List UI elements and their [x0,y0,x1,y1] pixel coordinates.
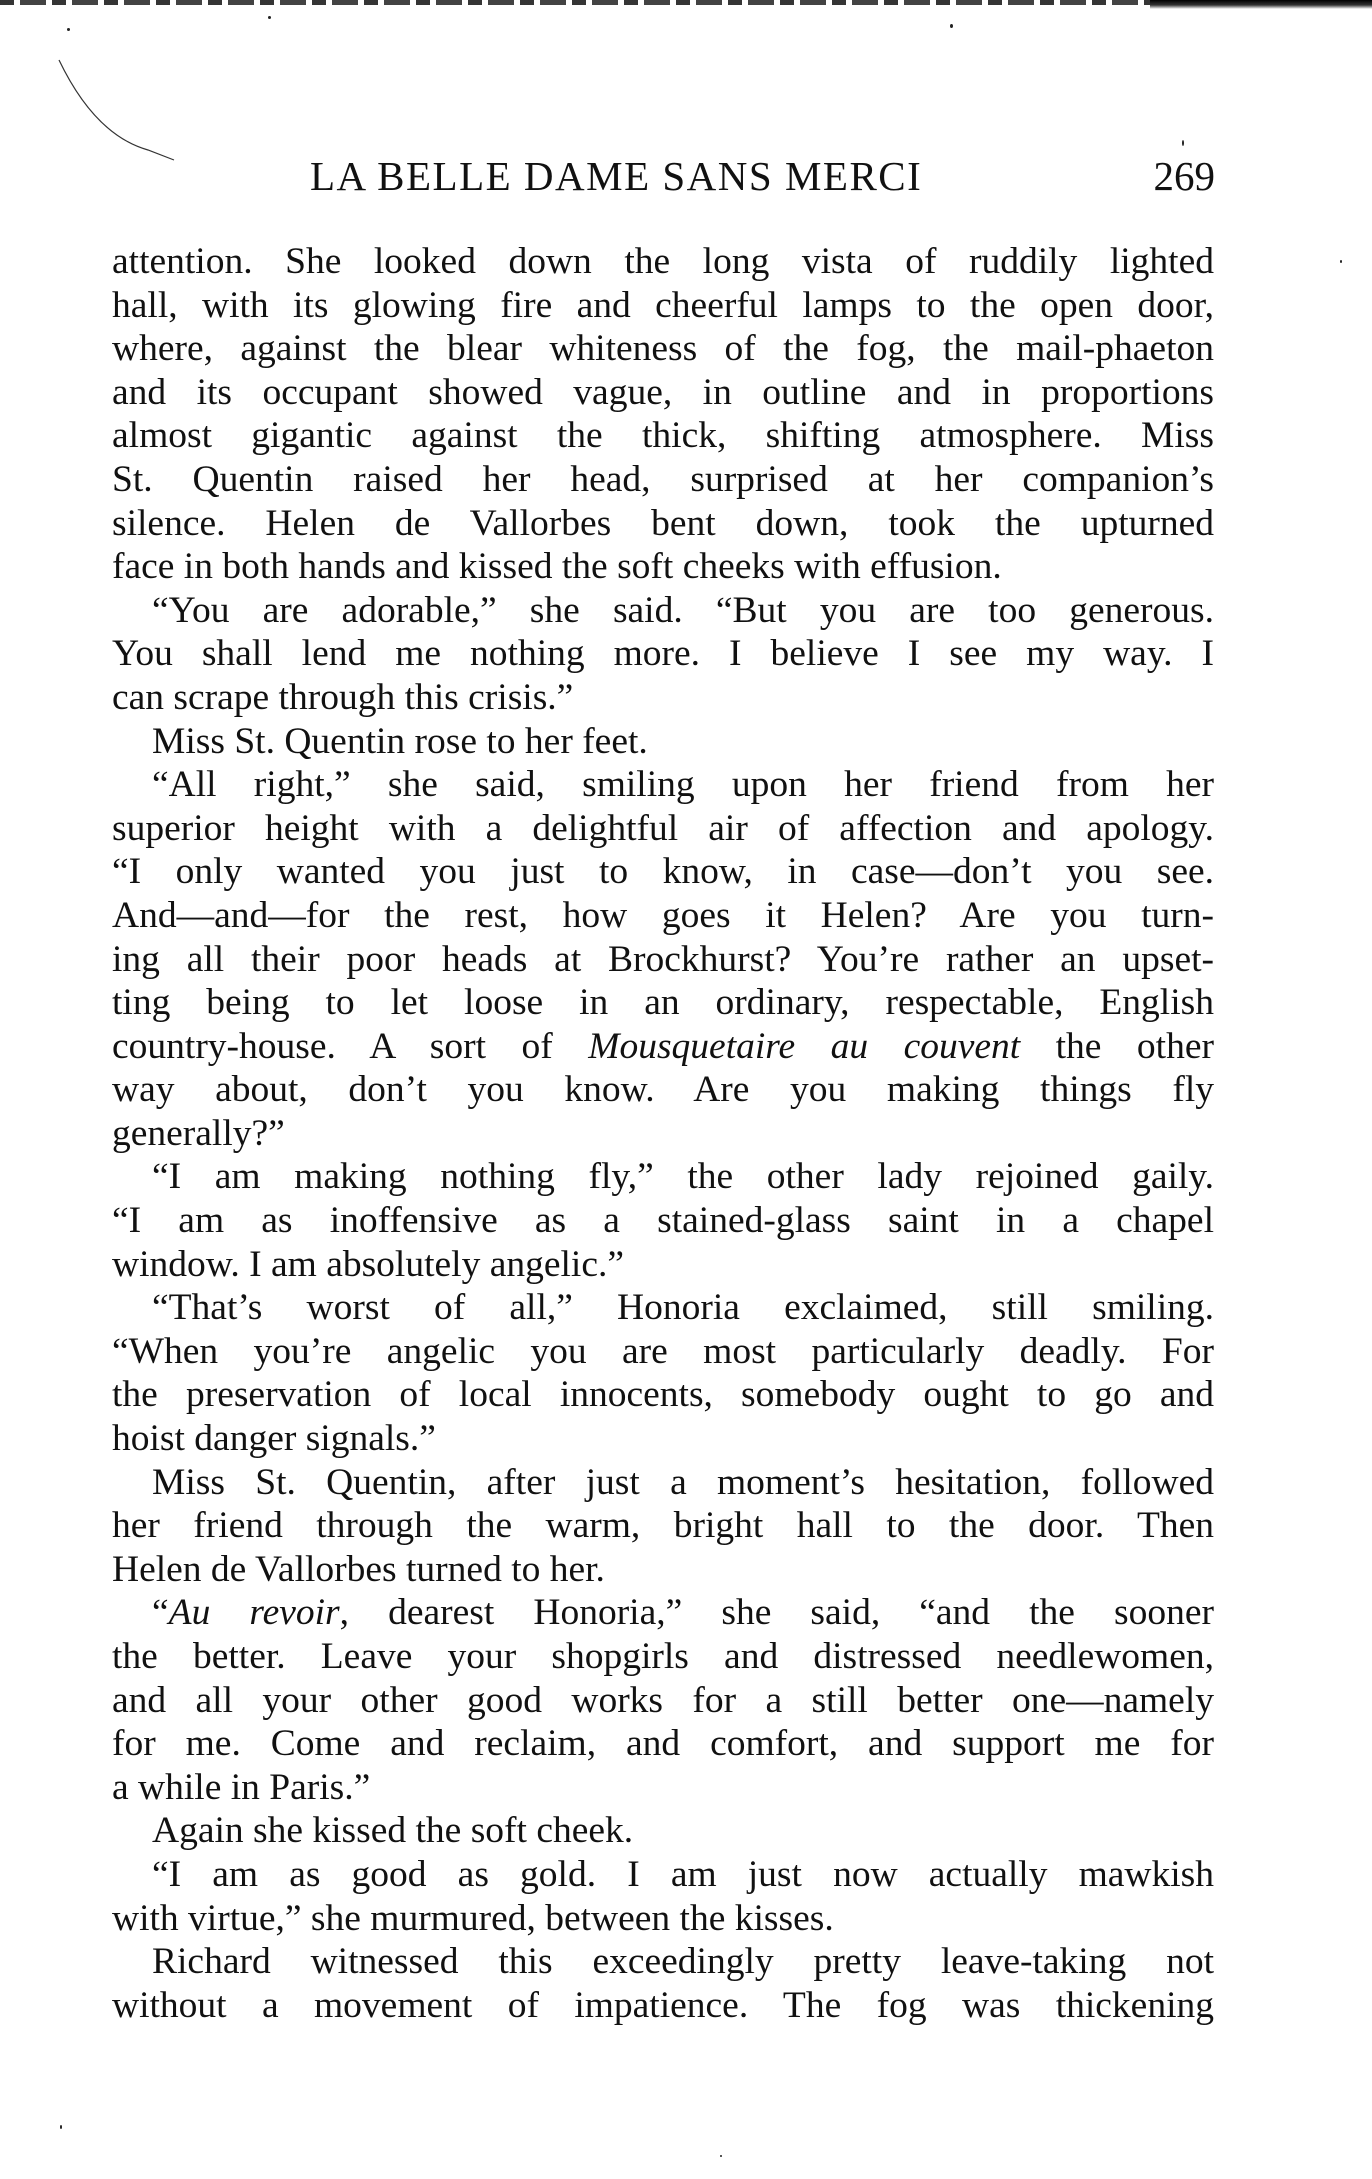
text-line: “I am making nothing fly,” the other lad… [112,1155,1214,1199]
text-line: the preservation of local innocents, som… [112,1373,1214,1417]
text-segment: “All right,” she said, smiling upon her … [152,764,1214,805]
text-segment: a while in Paris.” [112,1767,370,1808]
text-line: way about, don’t you know. Are you makin… [112,1068,1214,1112]
text-line: generally?” [112,1112,1214,1156]
italic-phrase: Mousquetaire au couvent [588,1026,1020,1067]
text-line: where, against the blear whiteness of th… [112,327,1214,371]
scan-speck [268,16,271,19]
text-line: Helen de Vallorbes turned to her. [112,1548,1214,1592]
text-segment: hoist danger signals.” [112,1418,436,1459]
text-line: country-house. A sort of Mousquetaire au… [112,1025,1214,1069]
text-segment: and its occupant showed vague, in outlin… [112,372,1214,413]
text-line: “Au revoir, dearest Honoria,” she said, … [112,1591,1214,1635]
text-segment: “When you’re angelic you are most partic… [112,1331,1214,1372]
text-line: “I am as good as gold. I am just now act… [112,1853,1214,1897]
text-segment: window. I am absolutely angelic.” [112,1244,624,1285]
text-segment: the better. Leave your shopgirls and dis… [112,1636,1214,1677]
italic-phrase: Au revoir [169,1592,340,1633]
text-segment: with virtue,” she murmured, between the … [112,1898,834,1939]
text-line: can scrape through this crisis.” [112,676,1214,720]
text-segment: almost gigantic against the thick, shift… [112,415,1214,456]
text-segment: “I only wanted you just to know, in case… [112,851,1214,892]
text-segment: Again she kissed the soft cheek. [152,1810,633,1851]
text-line: Miss St. Quentin, after just a moment’s … [112,1461,1214,1505]
body-text: attention. She looked down the long vist… [112,240,1214,2027]
text-line: Richard witnessed this exceedingly prett… [112,1940,1214,1984]
text-segment: Miss St. Quentin, after just a moment’s … [152,1462,1214,1503]
text-segment: ting being to let loose in an ordinary, … [112,982,1214,1023]
text-segment: silence. Helen de Vallorbes bent down, t… [112,503,1214,544]
text-line: “When you’re angelic you are most partic… [112,1330,1214,1374]
text-line: ting being to let loose in an ordinary, … [112,981,1214,1025]
text-segment: hall, with its glowing fire and cheerful… [112,285,1214,326]
text-line: with virtue,” she murmured, between the … [112,1897,1214,1941]
text-line: window. I am absolutely angelic.” [112,1243,1214,1287]
text-line: Miss St. Quentin rose to her feet. [112,720,1214,764]
scan-speck [60,2125,62,2129]
running-head-title: LA BELLE DAME SANS MERCI [310,152,922,200]
text-line: St. Quentin raised her head, surprised a… [112,458,1214,502]
text-segment: “ [152,1592,169,1633]
text-segment: ing all their poor heads at Brockhurst? … [112,939,1214,980]
text-line: and its occupant showed vague, in outlin… [112,371,1214,415]
text-segment: Helen de Vallorbes turned to her. [112,1549,605,1590]
text-segment: “I am as inoffensive as a stained-glass … [112,1200,1214,1241]
text-segment: “That’s worst of all,” Honoria exclaimed… [152,1287,1214,1328]
page-number: 269 [1154,152,1216,200]
scan-edge-shadow [1150,0,1372,9]
text-segment: , dearest Honoria,” she said, “and the s… [340,1592,1214,1633]
text-segment: generally?” [112,1113,285,1154]
text-line: “That’s worst of all,” Honoria exclaimed… [112,1286,1214,1330]
text-segment: country-house. A sort of [112,1026,588,1067]
scan-speck [1340,260,1342,263]
text-segment: “I am making nothing fly,” the other lad… [152,1156,1214,1197]
text-segment: the other [1020,1026,1214,1067]
text-segment: superior height with a delightful air of… [112,808,1214,849]
text-segment: Richard witnessed this exceedingly prett… [152,1941,1214,1982]
text-line: You shall lend me nothing more. I believ… [112,632,1214,676]
text-line: Again she kissed the soft cheek. [112,1809,1214,1853]
scan-speck [720,2155,722,2157]
text-line: face in both hands and kissed the soft c… [112,545,1214,589]
running-head: LA BELLE DAME SANS MERCI 269 [310,150,1215,210]
text-segment: where, against the blear whiteness of th… [112,328,1214,369]
text-line: “I am as inoffensive as a stained-glass … [112,1199,1214,1243]
text-segment: “You are adorable,” she said. “But you a… [152,590,1214,631]
text-segment: way about, don’t you know. Are you makin… [112,1069,1214,1110]
text-line: hall, with its glowing fire and cheerful… [112,284,1214,328]
scan-speck [950,24,953,28]
text-segment: You shall lend me nothing more. I believ… [112,633,1214,674]
text-segment: her friend through the warm, bright hall… [112,1505,1214,1546]
text-line: “I only wanted you just to know, in case… [112,850,1214,894]
text-line: a while in Paris.” [112,1766,1214,1810]
text-segment: and all your other good works for a stil… [112,1680,1214,1721]
text-segment: without a movement of impatience. The fo… [112,1985,1214,2026]
text-segment: face in both hands and kissed the soft c… [112,546,1002,587]
text-segment: for me. Come and reclaim, and comfort, a… [112,1723,1214,1764]
text-line: and all your other good works for a stil… [112,1679,1214,1723]
text-line: ing all their poor heads at Brockhurst? … [112,938,1214,982]
book-page: LA BELLE DAME SANS MERCI 269 attention. … [0,0,1372,2179]
text-line: “You are adorable,” she said. “But you a… [112,589,1214,633]
text-line: almost gigantic against the thick, shift… [112,414,1214,458]
text-line: attention. She looked down the long vist… [112,240,1214,284]
text-line: the better. Leave your shopgirls and dis… [112,1635,1214,1679]
text-segment: Miss St. Quentin rose to her feet. [152,721,648,762]
text-segment: And—and—for the rest, how goes it Helen?… [112,895,1214,936]
scan-speck [1182,140,1184,146]
scan-curve-artifact [0,0,260,200]
text-line: her friend through the warm, bright hall… [112,1504,1214,1548]
text-segment: the preservation of local innocents, som… [112,1374,1214,1415]
text-segment: St. Quentin raised her head, surprised a… [112,459,1214,500]
text-line: hoist danger signals.” [112,1417,1214,1461]
scan-speck [67,28,70,31]
text-line: without a movement of impatience. The fo… [112,1984,1214,2028]
text-line: “All right,” she said, smiling upon her … [112,763,1214,807]
text-segment: attention. She looked down the long vist… [112,241,1214,282]
text-line: silence. Helen de Vallorbes bent down, t… [112,502,1214,546]
text-line: superior height with a delightful air of… [112,807,1214,851]
text-line: for me. Come and reclaim, and comfort, a… [112,1722,1214,1766]
text-segment: can scrape through this crisis.” [112,677,573,718]
text-line: And—and—for the rest, how goes it Helen?… [112,894,1214,938]
text-segment: “I am as good as gold. I am just now act… [152,1854,1214,1895]
